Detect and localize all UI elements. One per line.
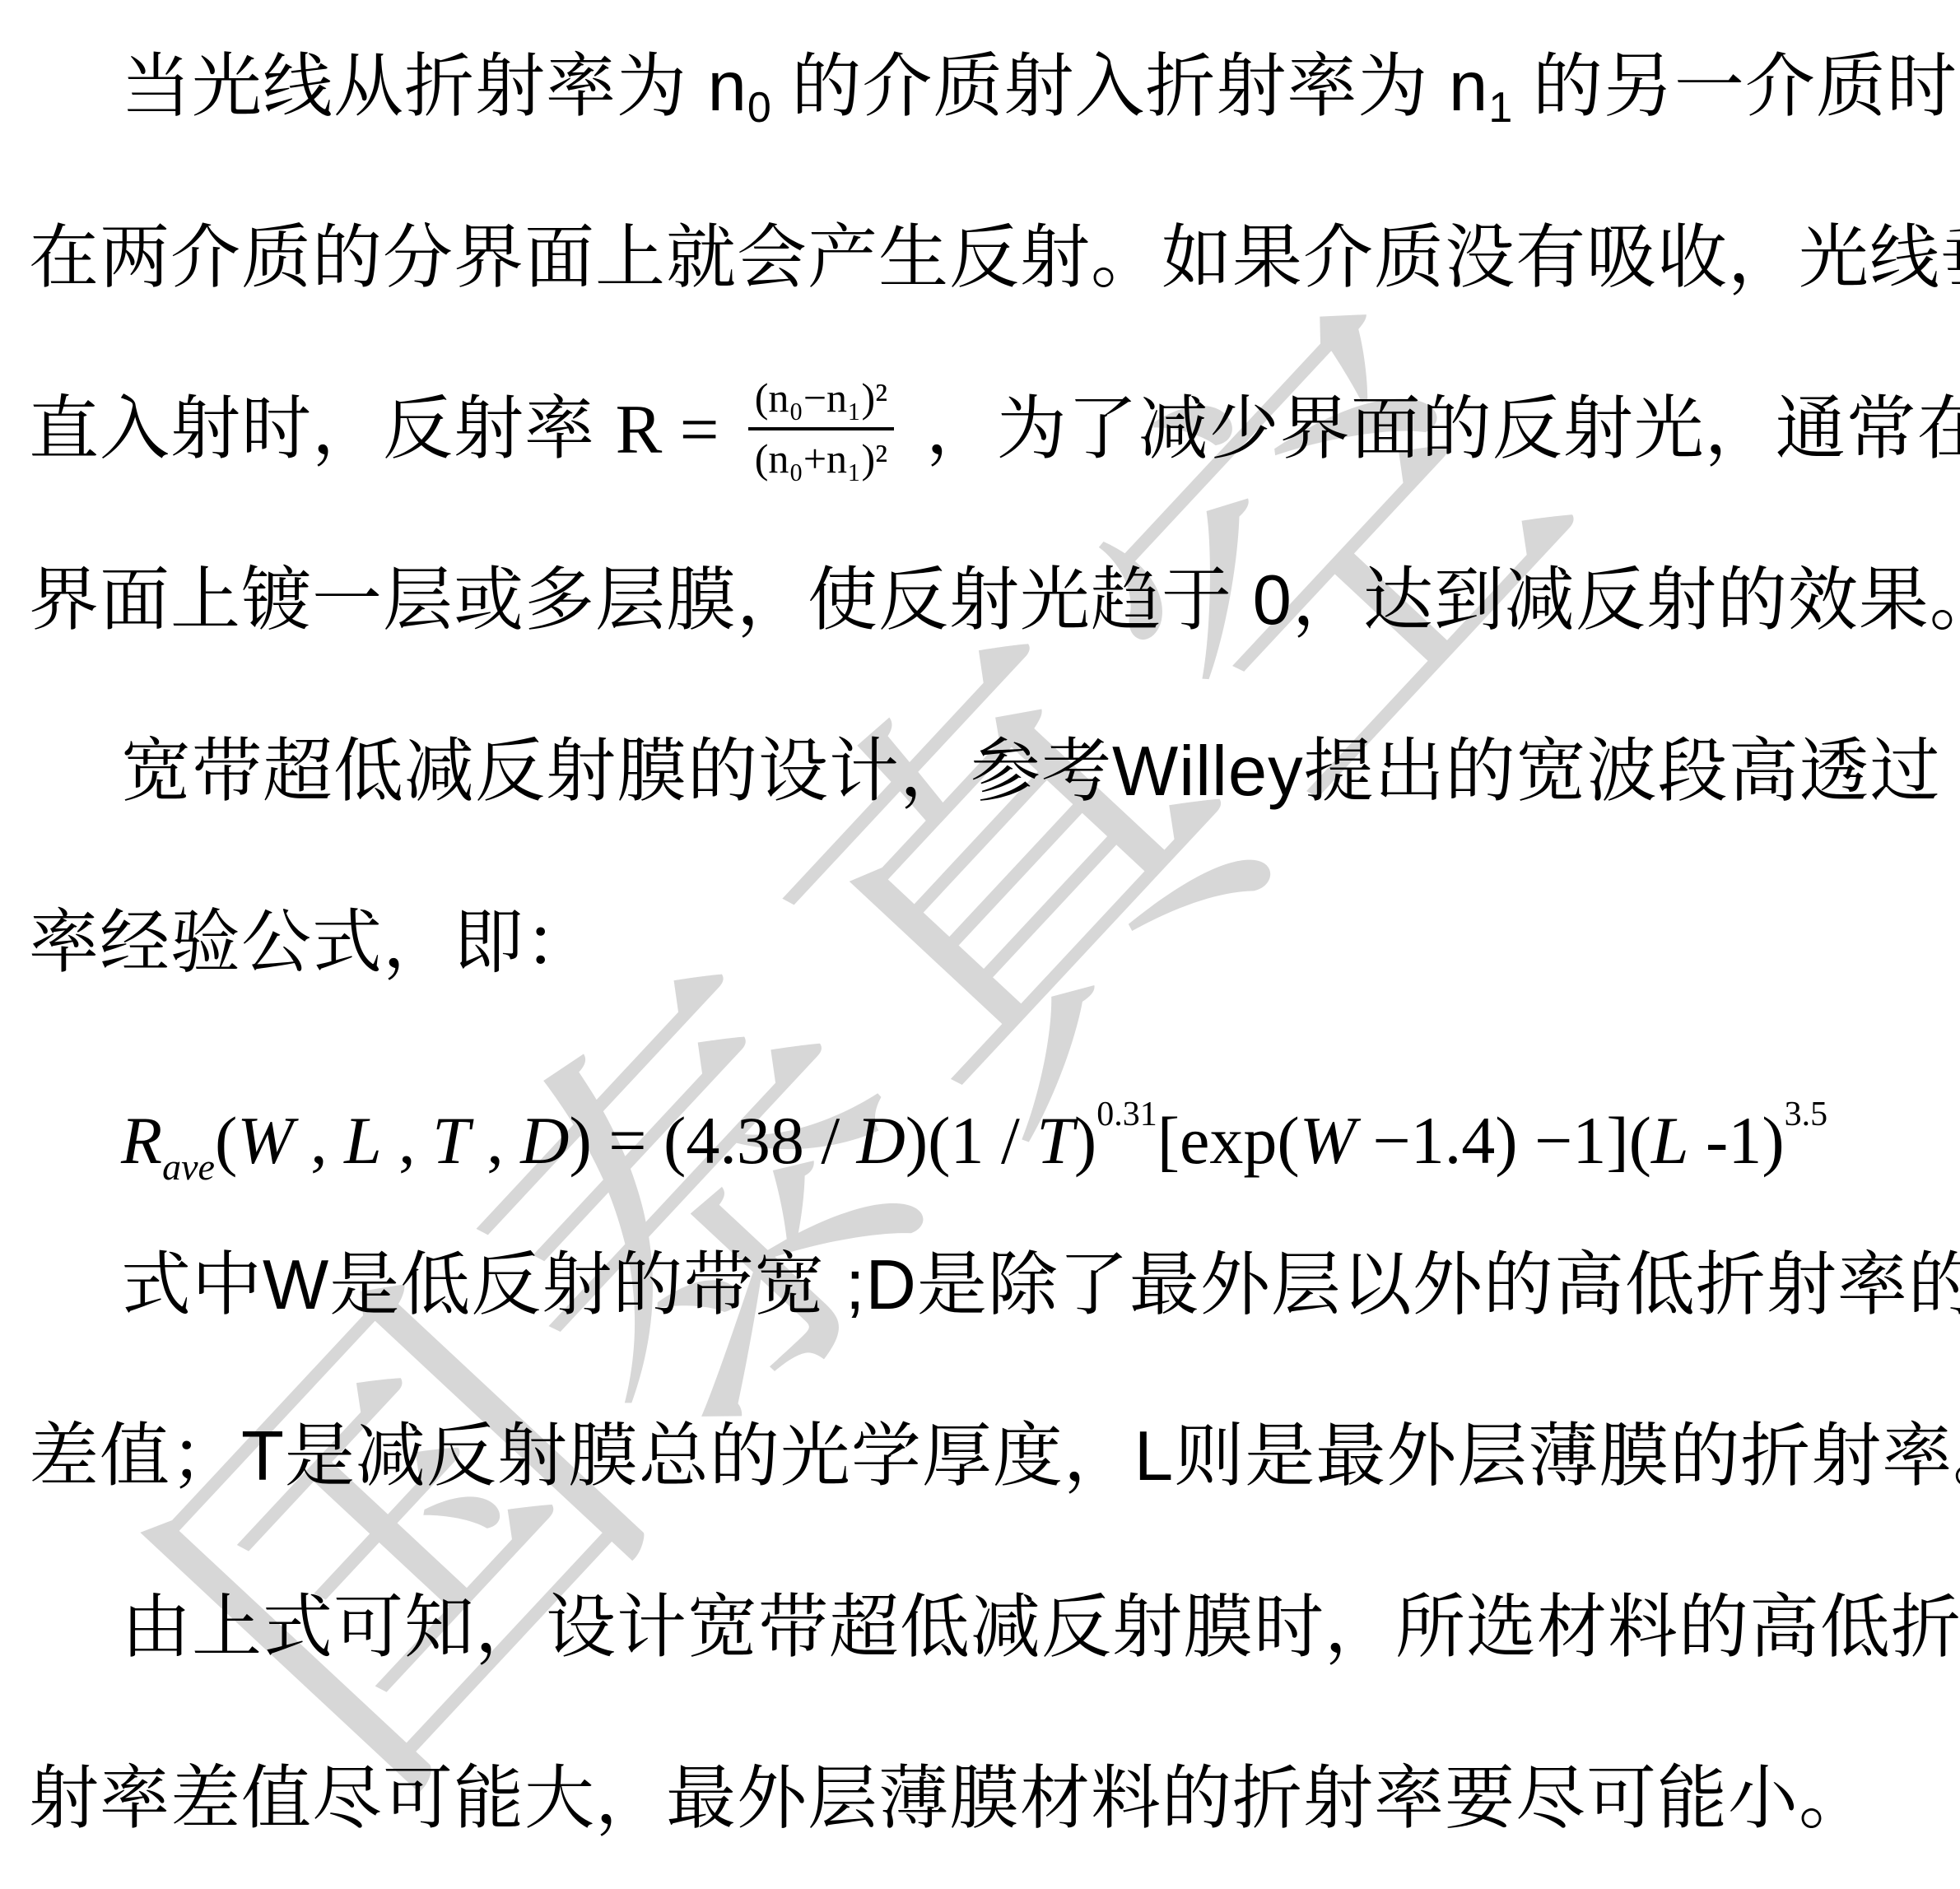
text-line: 直入射时，反射率 R = (n₀−n₁)²(n₀+n₁)² ，为了减少界面的反射… [29, 344, 1960, 515]
text-segment: T [1036, 1103, 1074, 1178]
fraction-numerator: (n₀−n₁)² [748, 373, 894, 430]
text-segment: 直入射时，反射率 [29, 390, 616, 468]
text-segment: 率经验公式，即： [29, 904, 595, 982]
text-segment: 宽带超低减反射膜的设计，参考Willey提出的宽波段高透过 [121, 733, 1941, 811]
fraction-denominator: (n₀+n₁)² [748, 430, 894, 483]
text-segment: D [520, 1103, 569, 1178]
text-segment: , [470, 1103, 521, 1178]
text-line: 式中W是低反射的带宽 ;D是除了最外层以外的高低折射率的 [29, 1200, 1960, 1371]
text-segment: L [344, 1103, 382, 1178]
page-root: { "page": { "background": "#ffffff", "te… [0, 0, 1960, 1889]
text-segment: , [294, 1103, 345, 1178]
text-segment: ave [162, 1146, 215, 1188]
text-segment: 界面上镀一层或多层膜，使反射光趋于 0，达到减反射的效果。 [29, 561, 1960, 640]
text-segment: 0.31 [1096, 1096, 1157, 1133]
text-segment: [exp( [1157, 1103, 1300, 1178]
text-segment: 3.5 [1785, 1096, 1828, 1133]
text-segment: W [1300, 1103, 1356, 1178]
text-segment: ) = (4.38 / [570, 1103, 857, 1178]
text-segment: 由上式可知，设计宽带超低减反射膜时，所选材料的高低折 [121, 1589, 1960, 1667]
text-segment: 的介质射入折射率为 n [771, 48, 1489, 126]
text-line: 由上式可知，设计宽带超低减反射膜时，所选材料的高低折 [29, 1542, 1960, 1714]
text-line: 当光线从折射率为 n0 的介质射入折射率为 n1 的另一介质时， [29, 2, 1960, 173]
text-segment: 0 [747, 84, 771, 132]
text-line: 差值；T是减反射膜总的光学厚度，L则是最外层薄膜的折射率。 [29, 1371, 1960, 1542]
text-segment: ，为了减少界面的反射光，通常在 [906, 390, 1960, 468]
text-segment: 射率差值尽可能大，最外层薄膜材料的折射率要尽可能小。 [29, 1760, 1869, 1838]
text-segment: , [382, 1103, 433, 1178]
text-segment: L [1651, 1103, 1689, 1178]
text-segment: T [432, 1103, 470, 1178]
text-segment: )(1 / [906, 1103, 1036, 1178]
text-line: 在两介质的分界面上就会产生反射。如果介质没有吸收，光线垂 [29, 173, 1960, 344]
text-segment: ( [215, 1103, 237, 1178]
text-segment: ) [1074, 1103, 1096, 1178]
text-segment: −1.4) −1]( [1356, 1103, 1651, 1178]
text-line: 率经验公式，即： [29, 858, 1960, 1029]
text-line: 界面上镀一层或多层膜，使反射光趋于 0，达到减反射的效果。 [29, 515, 1960, 686]
text-segment: -1) [1689, 1103, 1785, 1178]
text-segment: 差值；T是减反射膜总的光学厚度，L则是最外层薄膜的折射率。 [29, 1417, 1960, 1496]
text-line: 宽带超低减反射膜的设计，参考Willey提出的宽波段高透过 [29, 686, 1960, 858]
text-segment: 1 [1488, 84, 1512, 132]
text-line: 射率差值尽可能大，最外层薄膜材料的折射率要尽可能小。 [29, 1714, 1960, 1885]
text-segment: R = [616, 391, 737, 468]
text-segment: 当光线从折射率为 n [121, 48, 747, 126]
text-segment: W [237, 1103, 293, 1178]
formula-line: Rave(W , L , T , D) = (4.38 / D)(1 / T)0… [29, 1029, 1960, 1200]
text-segment: 的另一介质时， [1512, 48, 1960, 126]
document-body: 当光线从折射率为 n0 的介质射入折射率为 n1 的另一介质时，在两介质的分界面… [0, 0, 1960, 1889]
inline-fraction: (n₀−n₁)²(n₀+n₁)² [748, 373, 894, 483]
text-segment: R [121, 1103, 162, 1178]
text-segment: 式中W是低反射的带宽 ;D是除了最外层以外的高低折射率的 [121, 1246, 1960, 1324]
text-segment: 在两介质的分界面上就会产生反射。如果介质没有吸收，光线垂 [29, 219, 1960, 297]
text-segment: D [857, 1103, 906, 1178]
